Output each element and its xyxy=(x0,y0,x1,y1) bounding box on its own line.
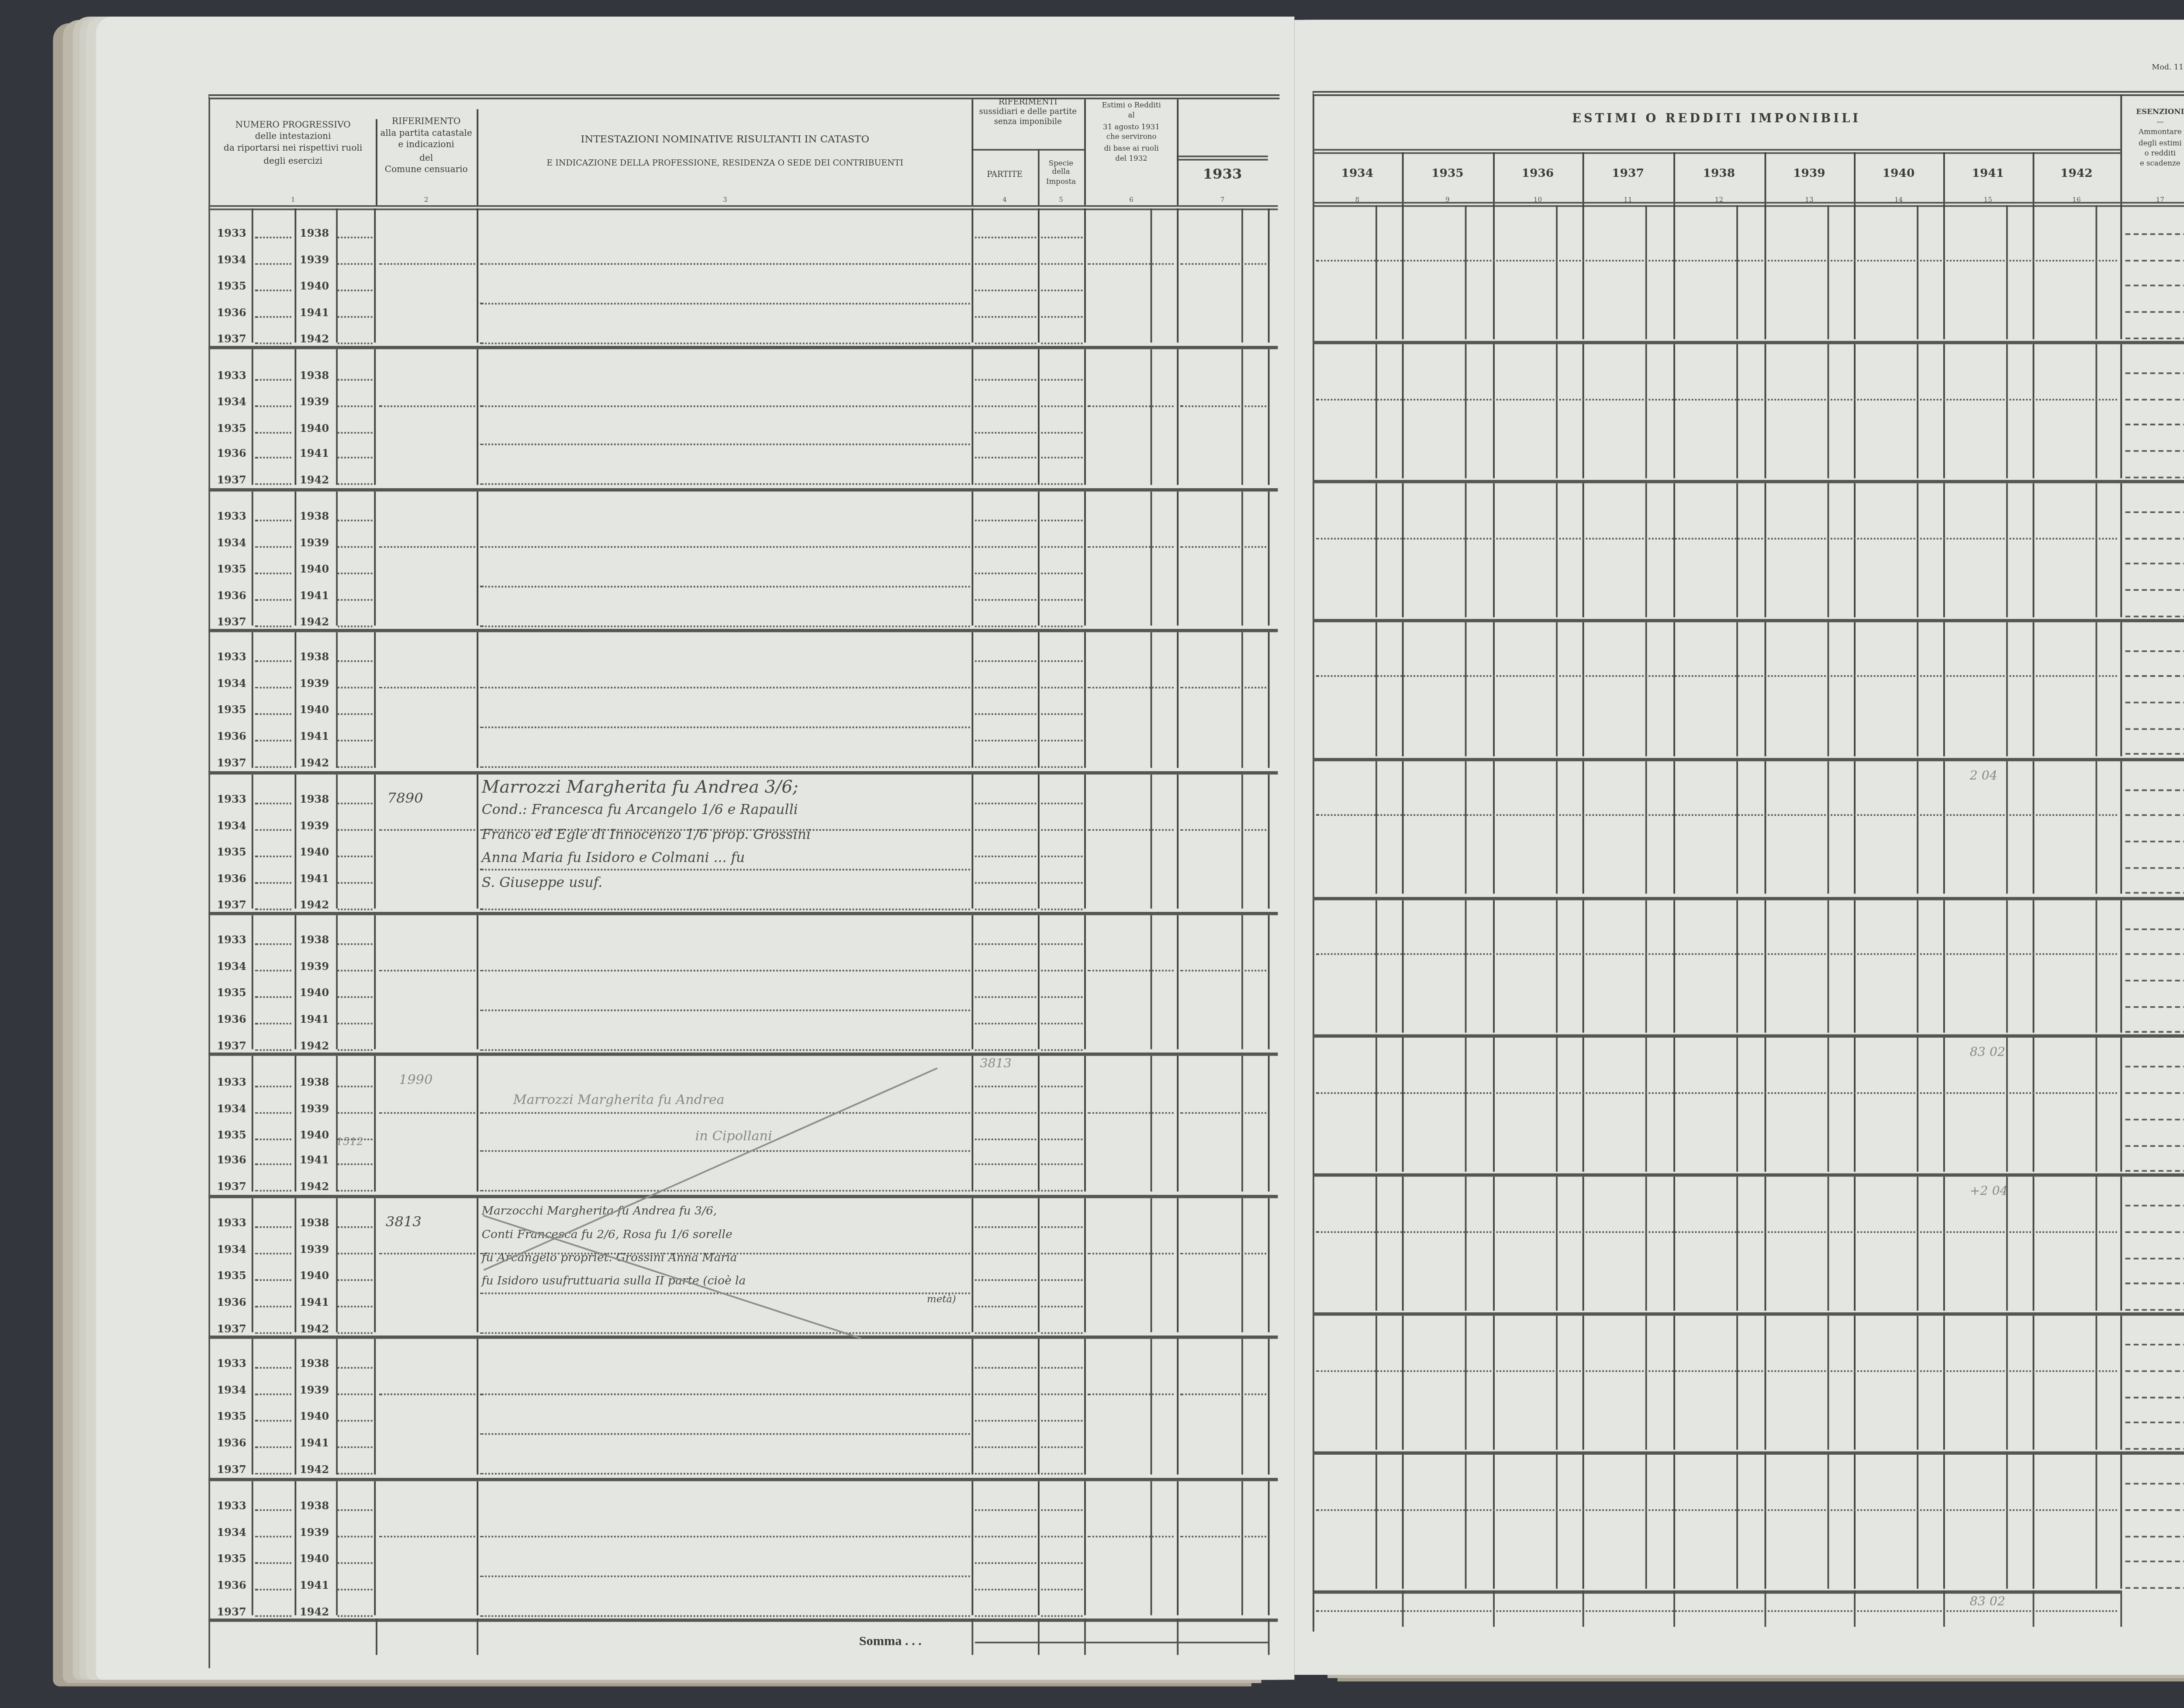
year-label: 1941 xyxy=(300,872,329,885)
dotted-rule xyxy=(1041,714,1083,715)
dotted-rule xyxy=(379,970,475,972)
dotted-rule xyxy=(338,1447,373,1449)
column-rule xyxy=(1917,622,1918,756)
year-label: 1942 xyxy=(300,615,329,628)
dotted-rule xyxy=(338,1164,373,1166)
group-divider xyxy=(208,488,1278,491)
dotted-rule xyxy=(1316,815,2117,817)
column-rule xyxy=(336,1056,338,1191)
year-label: 1937 xyxy=(217,1322,246,1335)
dotted-rule xyxy=(1180,687,1266,689)
column-rule xyxy=(1038,632,1040,767)
column-rule xyxy=(1917,761,1918,895)
dotted-rule xyxy=(480,303,970,305)
year-header: 1938 xyxy=(1673,167,1764,179)
dotted-rule xyxy=(480,1615,970,1616)
estimi-divider xyxy=(1313,149,2120,154)
column-rule xyxy=(2096,900,2098,1034)
year-label: 1939 xyxy=(300,819,329,832)
column-rule xyxy=(2033,344,2035,478)
column-rule xyxy=(295,1056,297,1191)
year-label: 1937 xyxy=(217,615,246,628)
column-rule xyxy=(2006,1455,2008,1589)
dotted-rule xyxy=(975,1023,1036,1025)
dotted-rule xyxy=(1180,1253,1266,1254)
column-rule xyxy=(1765,622,1766,756)
column-rule xyxy=(1177,915,1178,1050)
dotted-rule xyxy=(975,1368,1036,1370)
dotted-rule xyxy=(2125,867,2184,869)
dotted-rule xyxy=(379,687,475,689)
dotted-rule xyxy=(975,484,1036,486)
dotted-rule xyxy=(338,802,373,804)
dotted-rule xyxy=(2125,702,2184,704)
year-label: 1934 xyxy=(217,1384,246,1397)
column-rule xyxy=(1375,483,1377,617)
header-col5-line: della xyxy=(1038,169,1084,178)
year-header: 1937 xyxy=(1583,167,1673,179)
column-rule xyxy=(1765,1316,1766,1450)
dotted-rule xyxy=(338,484,373,486)
dotted-rule xyxy=(338,520,373,521)
dotted-rule xyxy=(1041,740,1083,742)
header-riferimenti-sub: senza imponibile xyxy=(971,120,1084,130)
column-rule xyxy=(1917,1177,1918,1311)
year-label: 1938 xyxy=(300,1216,329,1229)
footer-rule xyxy=(971,1618,973,1655)
column-rule xyxy=(1493,1177,1495,1311)
dotted-rule xyxy=(2125,1509,2184,1511)
column-rule xyxy=(2006,1038,2008,1172)
column-rule xyxy=(1151,1198,1152,1332)
dotted-rule xyxy=(255,829,291,831)
dotted-rule xyxy=(338,405,373,407)
dotted-rule xyxy=(1041,1226,1083,1228)
dotted-rule xyxy=(2125,754,2184,756)
dotted-rule xyxy=(480,908,970,910)
header-divider xyxy=(1084,99,1086,205)
year-label: 1941 xyxy=(300,448,329,461)
group-divider xyxy=(1313,896,2184,900)
dotted-rule xyxy=(1041,1509,1083,1511)
column-rule xyxy=(1375,900,1377,1034)
header-col4: PARTITE xyxy=(971,170,1038,182)
dotted-rule xyxy=(255,714,291,715)
column-rule xyxy=(295,350,297,484)
column-rule xyxy=(1943,483,1945,617)
dotted-rule xyxy=(480,546,970,548)
dotted-rule xyxy=(975,1421,1036,1422)
column-rule xyxy=(1673,344,1675,478)
year-label: 1942 xyxy=(300,1322,329,1335)
column-rule xyxy=(971,1480,973,1615)
column-rule xyxy=(1583,761,1584,895)
column-rule xyxy=(1084,491,1086,626)
column-rule xyxy=(1375,205,1377,339)
dotted-rule xyxy=(338,829,373,831)
dotted-rule xyxy=(2125,398,2184,400)
column-rule xyxy=(1917,344,1918,478)
dotted-rule xyxy=(1041,766,1083,768)
dotted-rule xyxy=(480,1190,970,1192)
year-header: 1935 xyxy=(1402,167,1493,179)
column-rule xyxy=(1828,344,1829,478)
column-rule xyxy=(1854,900,1856,1034)
dotted-rule xyxy=(255,1615,291,1616)
column-rule xyxy=(1493,1038,1495,1172)
dotted-rule xyxy=(2125,1396,2184,1398)
column-rule xyxy=(2096,1038,2098,1172)
dotted-rule xyxy=(338,1562,373,1563)
year-label: 1934 xyxy=(217,960,246,973)
column-rule xyxy=(1177,632,1178,767)
column-rule xyxy=(1556,900,1558,1034)
column-rule xyxy=(1828,483,1829,617)
dotted-rule xyxy=(338,431,373,433)
column-rule xyxy=(1177,350,1178,484)
dotted-rule xyxy=(2125,893,2184,894)
dotted-rule xyxy=(975,1138,1036,1139)
column-rule xyxy=(1084,774,1086,908)
column-rule xyxy=(1268,491,1270,626)
dotted-rule xyxy=(2125,1344,2184,1346)
form-id: Mod. 111 - Imposte Dirette (Intercalare)… xyxy=(2152,65,2184,73)
column-rule xyxy=(1151,632,1152,767)
column-rule xyxy=(1943,761,1945,895)
dotted-rule xyxy=(2125,841,2184,842)
header-esenzioni: ESENZIONI — Ammontare degli estimi o red… xyxy=(2120,109,2184,171)
dotted-rule xyxy=(1041,661,1083,662)
column-rule xyxy=(374,208,376,343)
year-label: 1934 xyxy=(217,677,246,690)
column-rule xyxy=(2006,622,2008,756)
column-rule xyxy=(1151,1056,1152,1191)
dotted-rule xyxy=(1041,263,1083,265)
column-rule xyxy=(1493,622,1495,756)
header-col6-line: che servirono xyxy=(1086,135,1177,145)
column-rule xyxy=(1673,622,1675,756)
dotted-rule xyxy=(338,1509,373,1511)
column-rule xyxy=(1645,900,1647,1034)
column-rule xyxy=(971,632,973,767)
column-rule xyxy=(477,915,478,1050)
dotted-rule xyxy=(2125,815,2184,817)
dotted-rule xyxy=(975,1332,1036,1334)
column-rule xyxy=(374,491,376,626)
dotted-rule xyxy=(480,727,970,729)
dotted-rule xyxy=(255,1447,291,1449)
column-rule xyxy=(1917,1316,1918,1450)
column-rule xyxy=(2096,1177,2098,1311)
column-rule xyxy=(1268,350,1270,484)
dotted-rule xyxy=(338,766,373,768)
esenzioni-sub: o redditi xyxy=(2120,150,2184,161)
dotted-rule xyxy=(1041,405,1083,407)
column-rule xyxy=(2120,1455,2122,1589)
handwritten-line: S. Giuseppe usuf. xyxy=(482,873,603,890)
year-label: 1936 xyxy=(217,1296,246,1309)
column-rule xyxy=(374,632,376,767)
year-label: 1940 xyxy=(300,1411,329,1424)
dotted-rule xyxy=(480,1535,970,1537)
column-rule xyxy=(1917,1455,1918,1589)
column-rule xyxy=(1151,915,1152,1050)
column-rule xyxy=(1917,1038,1918,1172)
dotted-rule xyxy=(2125,372,2184,374)
dotted-rule xyxy=(975,882,1036,883)
dotted-rule xyxy=(2125,1066,2184,1068)
dotted-rule xyxy=(338,290,373,292)
column-rule xyxy=(1084,1480,1086,1615)
dotted-rule xyxy=(2125,954,2184,956)
dotted-rule xyxy=(255,908,291,910)
header-col1-title: NUMERO PROGRESSIVO xyxy=(210,121,376,133)
dotted-rule xyxy=(255,1253,291,1254)
header-col2-title: RIFERIMENTO xyxy=(376,117,477,129)
year-label: 1938 xyxy=(300,1499,329,1512)
dotted-rule xyxy=(480,970,970,972)
column-rule xyxy=(1038,1198,1040,1332)
dotted-rule xyxy=(2125,1283,2184,1285)
dotted-rule xyxy=(338,1615,373,1616)
column-rule xyxy=(1765,344,1766,478)
dotted-rule xyxy=(379,1394,475,1396)
esenzioni-title: ESENZIONI xyxy=(2120,109,2184,120)
handwritten-line: metà) xyxy=(927,1294,956,1306)
dotted-rule xyxy=(975,378,1036,380)
header-col6-line: 31 agosto 1931 xyxy=(1086,124,1177,135)
year-label: 1939 xyxy=(300,1101,329,1115)
dotted-rule xyxy=(975,263,1036,265)
esenzioni-sub: e scadenze xyxy=(2120,161,2184,171)
dotted-rule xyxy=(1180,546,1266,548)
year-label: 1936 xyxy=(217,1437,246,1450)
year-label: 1934 xyxy=(217,1243,246,1256)
column-rule xyxy=(1268,774,1270,908)
dotted-rule xyxy=(1041,290,1083,292)
column-rule xyxy=(971,208,973,343)
dotted-rule xyxy=(1041,484,1083,486)
somma-line xyxy=(975,1642,1268,1643)
year-label: 1938 xyxy=(300,792,329,805)
dotted-rule xyxy=(338,997,373,998)
handwritten-line: Cond.: Francesca fu Arcangelo 1/6 e Rapa… xyxy=(482,801,798,818)
dotted-rule xyxy=(975,1394,1036,1396)
column-rule xyxy=(2006,205,2008,339)
column-rule xyxy=(1736,1455,1738,1589)
column-rule xyxy=(252,350,253,484)
year-label: 1934 xyxy=(217,1525,246,1539)
year-label: 1941 xyxy=(300,589,329,602)
column-rule xyxy=(2120,761,2122,895)
column-rule xyxy=(1402,483,1404,617)
dotted-rule xyxy=(1180,1535,1266,1537)
dotted-rule xyxy=(1088,1535,1174,1537)
year-label: 1933 xyxy=(217,510,246,523)
year-label: 1935 xyxy=(217,1552,246,1565)
dotted-rule xyxy=(1041,997,1083,998)
dotted-rule xyxy=(338,855,373,857)
column-rule xyxy=(374,1339,376,1473)
esenzioni-sub: Ammontare xyxy=(2120,130,2184,140)
column-rule xyxy=(2006,900,2008,1034)
dotted-rule xyxy=(1041,1447,1083,1449)
column-rule xyxy=(1943,205,1945,339)
column-rule xyxy=(1583,622,1584,756)
dotted-rule xyxy=(1041,1085,1083,1087)
column-rule xyxy=(1241,1198,1243,1332)
handwritten-line: Conti Francesca fu 2/6, Rosa fu 1/6 sore… xyxy=(482,1228,733,1241)
dotted-rule xyxy=(1316,676,2117,678)
dotted-rule xyxy=(975,855,1036,857)
column-rule xyxy=(1465,1316,1467,1450)
header-divider xyxy=(1854,152,1856,205)
dotted-rule xyxy=(1180,263,1266,265)
dotted-rule xyxy=(1041,520,1083,521)
year-label: 1942 xyxy=(300,1039,329,1052)
dotted-rule xyxy=(2125,1309,2184,1311)
dotted-rule xyxy=(2125,589,2184,591)
year-label: 1941 xyxy=(300,1013,329,1026)
dotted-rule xyxy=(2125,1448,2184,1450)
column-rule xyxy=(336,1198,338,1332)
column-rule xyxy=(1375,1177,1377,1311)
column-rule xyxy=(1645,1177,1647,1311)
dotted-rule xyxy=(480,868,970,870)
dotted-rule xyxy=(1041,1164,1083,1166)
year-label: 1935 xyxy=(217,1269,246,1282)
dotted-rule xyxy=(338,573,373,574)
dotted-rule xyxy=(255,1164,291,1166)
dotted-rule xyxy=(1316,954,2117,956)
dotted-rule xyxy=(975,573,1036,574)
dotted-rule xyxy=(1041,1368,1083,1370)
column-rule xyxy=(1943,622,1945,756)
year-label: 1938 xyxy=(300,510,329,523)
year-label: 1940 xyxy=(300,421,329,434)
year-label: 1942 xyxy=(300,757,329,770)
column-rule xyxy=(1465,1177,1467,1311)
column-rule xyxy=(374,915,376,1050)
column-rule xyxy=(1854,483,1856,617)
dotted-rule xyxy=(975,1615,1036,1616)
year-label: 1937 xyxy=(217,333,246,346)
column-rule xyxy=(2096,1455,2098,1589)
column-rule xyxy=(1736,622,1738,756)
column-rule xyxy=(1038,915,1040,1050)
dotted-rule xyxy=(255,802,291,804)
dotted-rule xyxy=(1041,1305,1083,1307)
dotted-rule xyxy=(1316,1232,2117,1233)
dotted-rule xyxy=(2125,1561,2184,1563)
column-rule xyxy=(2096,1316,2098,1450)
column-rule xyxy=(2096,622,2098,756)
column-rule xyxy=(1736,483,1738,617)
header-col2-sub: e indicazioni xyxy=(376,141,477,153)
dotted-rule xyxy=(255,343,291,345)
header-col3-title: INTESTAZIONI NOMINATIVE RISULTANTI IN CA… xyxy=(478,134,971,146)
column-rule xyxy=(1765,761,1766,895)
dotted-rule xyxy=(2125,676,2184,678)
dotted-rule xyxy=(975,405,1036,407)
group-divider xyxy=(208,629,1278,633)
year-label: 1934 xyxy=(217,395,246,408)
dotted-rule xyxy=(1041,599,1083,600)
column-rule xyxy=(1375,1455,1377,1589)
header-divider xyxy=(971,99,973,205)
column-rule xyxy=(2033,1316,2035,1450)
column-rule xyxy=(1038,208,1040,343)
column-rule xyxy=(1375,761,1377,895)
header-divider xyxy=(1402,152,1404,205)
dotted-rule xyxy=(1180,405,1266,407)
header-col1-sub: degli esercizi xyxy=(210,157,376,169)
year-label: 1938 xyxy=(300,934,329,947)
dotted-rule xyxy=(480,687,970,689)
dotted-rule xyxy=(480,1394,970,1396)
dotted-rule xyxy=(1041,802,1083,804)
header-col2-sub: del xyxy=(376,153,477,165)
column-rule xyxy=(477,1198,478,1332)
column-rule xyxy=(2033,483,2035,617)
column-rule xyxy=(1765,1177,1766,1311)
year-label: 1933 xyxy=(217,1499,246,1512)
column-rule xyxy=(336,1480,338,1615)
column-rule xyxy=(1493,761,1495,895)
column-rule xyxy=(252,1198,253,1332)
header-divider xyxy=(1177,99,1178,205)
column-rule xyxy=(295,632,297,767)
dotted-rule xyxy=(1088,970,1174,972)
column-rule xyxy=(2033,900,2035,1034)
dotted-rule xyxy=(2125,337,2184,339)
year-label: 1936 xyxy=(217,306,246,319)
column-rule xyxy=(1917,483,1918,617)
header-col6-line: di base ai ruoli xyxy=(1086,145,1177,155)
column-rule xyxy=(1828,622,1829,756)
year-label: 1941 xyxy=(300,1154,329,1167)
header-divider xyxy=(376,119,377,205)
column-rule xyxy=(1556,622,1558,756)
column-rule xyxy=(477,1480,478,1615)
year-label: 1942 xyxy=(300,1604,329,1618)
dotted-rule xyxy=(975,1473,1036,1475)
column-rule xyxy=(1241,491,1243,626)
column-rule xyxy=(1645,761,1647,895)
dotted-rule xyxy=(338,1368,373,1370)
dotted-rule xyxy=(975,237,1036,239)
column-rule xyxy=(1465,761,1467,895)
column-rule xyxy=(2033,761,2035,895)
dotted-rule xyxy=(2125,728,2184,730)
column-rule xyxy=(1583,1038,1584,1172)
column-rule xyxy=(1241,208,1243,343)
column-rule xyxy=(1084,1339,1086,1473)
column-rule xyxy=(336,491,338,626)
column-rule xyxy=(1177,774,1178,908)
dotted-rule xyxy=(338,1226,373,1228)
footer-rule xyxy=(376,1618,377,1655)
dotted-rule xyxy=(975,1164,1036,1166)
dotted-rule xyxy=(975,1111,1036,1113)
year-label: 1941 xyxy=(300,1578,329,1591)
dotted-rule xyxy=(255,1138,291,1139)
column-rule xyxy=(2120,622,2122,756)
dotted-rule xyxy=(2125,1232,2184,1233)
dotted-rule xyxy=(480,343,970,345)
header-divider xyxy=(1943,152,1945,205)
dotted-rule xyxy=(338,1394,373,1396)
